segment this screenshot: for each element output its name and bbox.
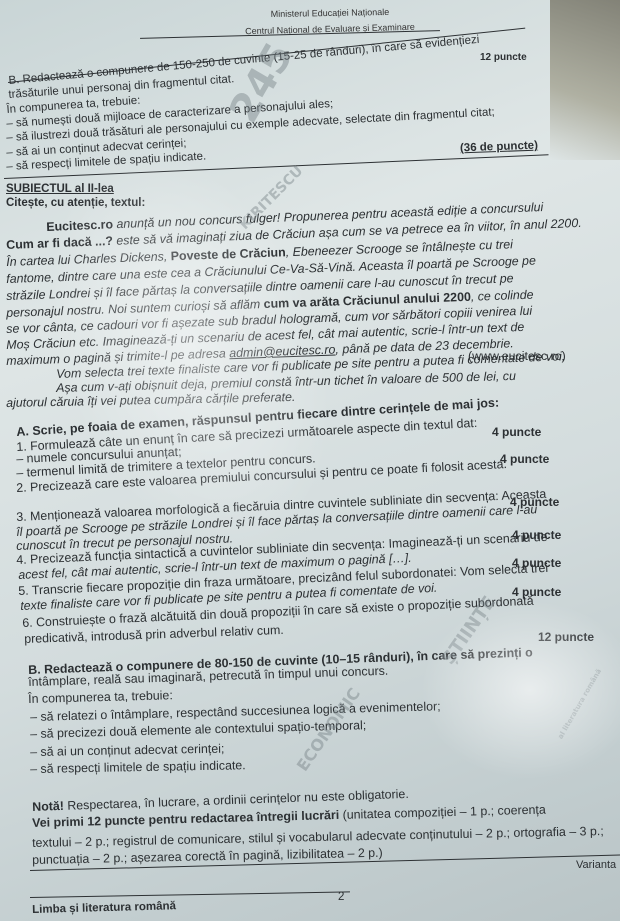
light-glare (420, 600, 620, 780)
footer-rule (30, 891, 350, 898)
q1-points: 4 puncte (492, 425, 541, 440)
s1-total-points: (36 de puncte) (460, 139, 538, 157)
partB-lead: În compunerea ta, trebuie: (28, 688, 173, 707)
partB-item: – să ai un conținut adecvat cerinței; (30, 742, 224, 761)
variant-label: Varianta (576, 858, 616, 873)
footer-page-number: 2 (338, 890, 344, 905)
partB-item: – să respecți limitele de spațiu indicat… (30, 758, 246, 777)
s1b-intro-1: B. Redactează o compunere de 150-250 de … (8, 33, 480, 89)
q6-points: 4 puncte (512, 585, 561, 600)
q3-points: 4 puncte (510, 495, 559, 510)
footer-subject: Limba și literatura română (32, 899, 176, 918)
s1b-points: 12 puncte (480, 50, 527, 65)
text-source: (www.eucitesc.ro) (468, 349, 566, 364)
q5-points: 4 puncte (512, 556, 561, 571)
q2-points: 4 puncte (500, 452, 549, 467)
q4-points: 4 puncte (512, 528, 561, 543)
exam-photo: Ministerul Educației Naționale Centrul N… (0, 0, 620, 921)
